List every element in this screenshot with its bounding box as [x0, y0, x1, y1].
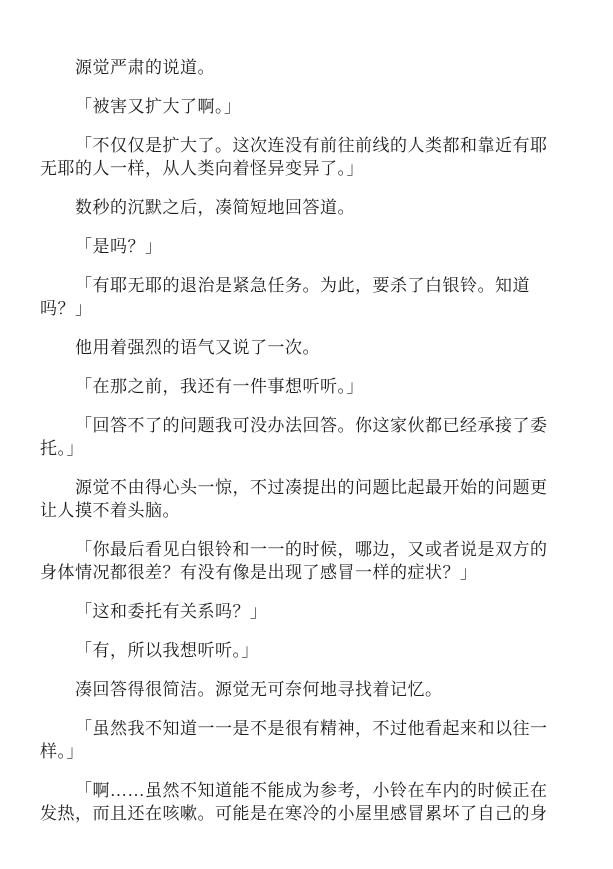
text-line: 让人摸不着头脑。: [40, 499, 575, 522]
paragraph: 「啊……虽然不知道能不能成为参考，小铃在车内的时候正在发热，而且还在咳嗽。可能是…: [40, 779, 575, 825]
paragraph: 「不仅仅是扩大了。这次连没有前往前线的人类都和靠近有耶无耶的人一样，从人类向着怪…: [40, 134, 575, 180]
text-line: 「有耶无耶的退治是紧急任务。为此，要杀了白银铃。知道: [40, 274, 575, 297]
text-line: 身体情况都很差？有没有像是出现了感冒一样的症状？」: [40, 561, 575, 584]
paragraph: 源觉严肃的说道。: [40, 56, 575, 79]
text-line: 「被害又扩大了啊。」: [40, 95, 575, 118]
text-line: 托。」: [40, 437, 575, 460]
text-line: 「是吗？」: [40, 235, 575, 258]
paragraph: 「回答不了的问题我可没办法回答。你这家伙都已经承接了委托。」: [40, 414, 575, 460]
paragraph: 源觉不由得心头一惊，不过凑提出的问题比起最开始的问题更让人摸不着头脑。: [40, 476, 575, 522]
text-line: 「这和委托有关系吗？」: [40, 600, 575, 623]
text-line: 数秒的沉默之后，凑简短地回答道。: [40, 196, 575, 219]
text-line: 源觉严肃的说道。: [40, 56, 575, 79]
reader-page: 源觉严肃的说道。「被害又扩大了啊。」「不仅仅是扩大了。这次连没有前往前线的人类都…: [0, 0, 613, 869]
text-line: 「有，所以我想听听。」: [40, 639, 575, 662]
text-line: 发热，而且还在咳嗽。可能是在寒冷的小屋里感冒累坏了自己的身: [40, 802, 575, 825]
text-line: 吗？」: [40, 297, 575, 320]
paragraph: 「这和委托有关系吗？」: [40, 600, 575, 623]
text-line: 凑回答得很简洁。源觉无可奈何地寻找着记忆。: [40, 678, 575, 701]
paragraph: 「有耶无耶的退治是紧急任务。为此，要杀了白银铃。知道吗？」: [40, 274, 575, 320]
paragraph: 他用着强烈的语气又说了一次。: [40, 336, 575, 359]
paragraph: 「虽然我不知道一一是不是很有精神，不过他看起来和以往一样。」: [40, 717, 575, 763]
paragraph: 「被害又扩大了啊。」: [40, 95, 575, 118]
text-line: 「你最后看见白银铃和一一的时候，哪边，又或者说是双方的: [40, 538, 575, 561]
text-line: 「在那之前，我还有一件事想听听。」: [40, 375, 575, 398]
paragraph: 「你最后看见白银铃和一一的时候，哪边，又或者说是双方的身体情况都很差？有没有像是…: [40, 538, 575, 584]
paragraph: 数秒的沉默之后，凑简短地回答道。: [40, 196, 575, 219]
text-line: 「回答不了的问题我可没办法回答。你这家伙都已经承接了委: [40, 414, 575, 437]
page-text: 源觉严肃的说道。「被害又扩大了啊。」「不仅仅是扩大了。这次连没有前往前线的人类都…: [40, 56, 575, 825]
paragraph: 凑回答得很简洁。源觉无可奈何地寻找着记忆。: [40, 678, 575, 701]
text-line: 无耶的人一样，从人类向着怪异变异了。」: [40, 157, 575, 180]
text-line: 「不仅仅是扩大了。这次连没有前往前线的人类都和靠近有耶: [40, 134, 575, 157]
text-line: 他用着强烈的语气又说了一次。: [40, 336, 575, 359]
text-line: 「虽然我不知道一一是不是很有精神，不过他看起来和以往一: [40, 717, 575, 740]
paragraph: 「是吗？」: [40, 235, 575, 258]
paragraph: 「有，所以我想听听。」: [40, 639, 575, 662]
text-line: 样。」: [40, 740, 575, 763]
text-line: 「啊……虽然不知道能不能成为参考，小铃在车内的时候正在: [40, 779, 575, 802]
text-line: 源觉不由得心头一惊，不过凑提出的问题比起最开始的问题更: [40, 476, 575, 499]
paragraph: 「在那之前，我还有一件事想听听。」: [40, 375, 575, 398]
